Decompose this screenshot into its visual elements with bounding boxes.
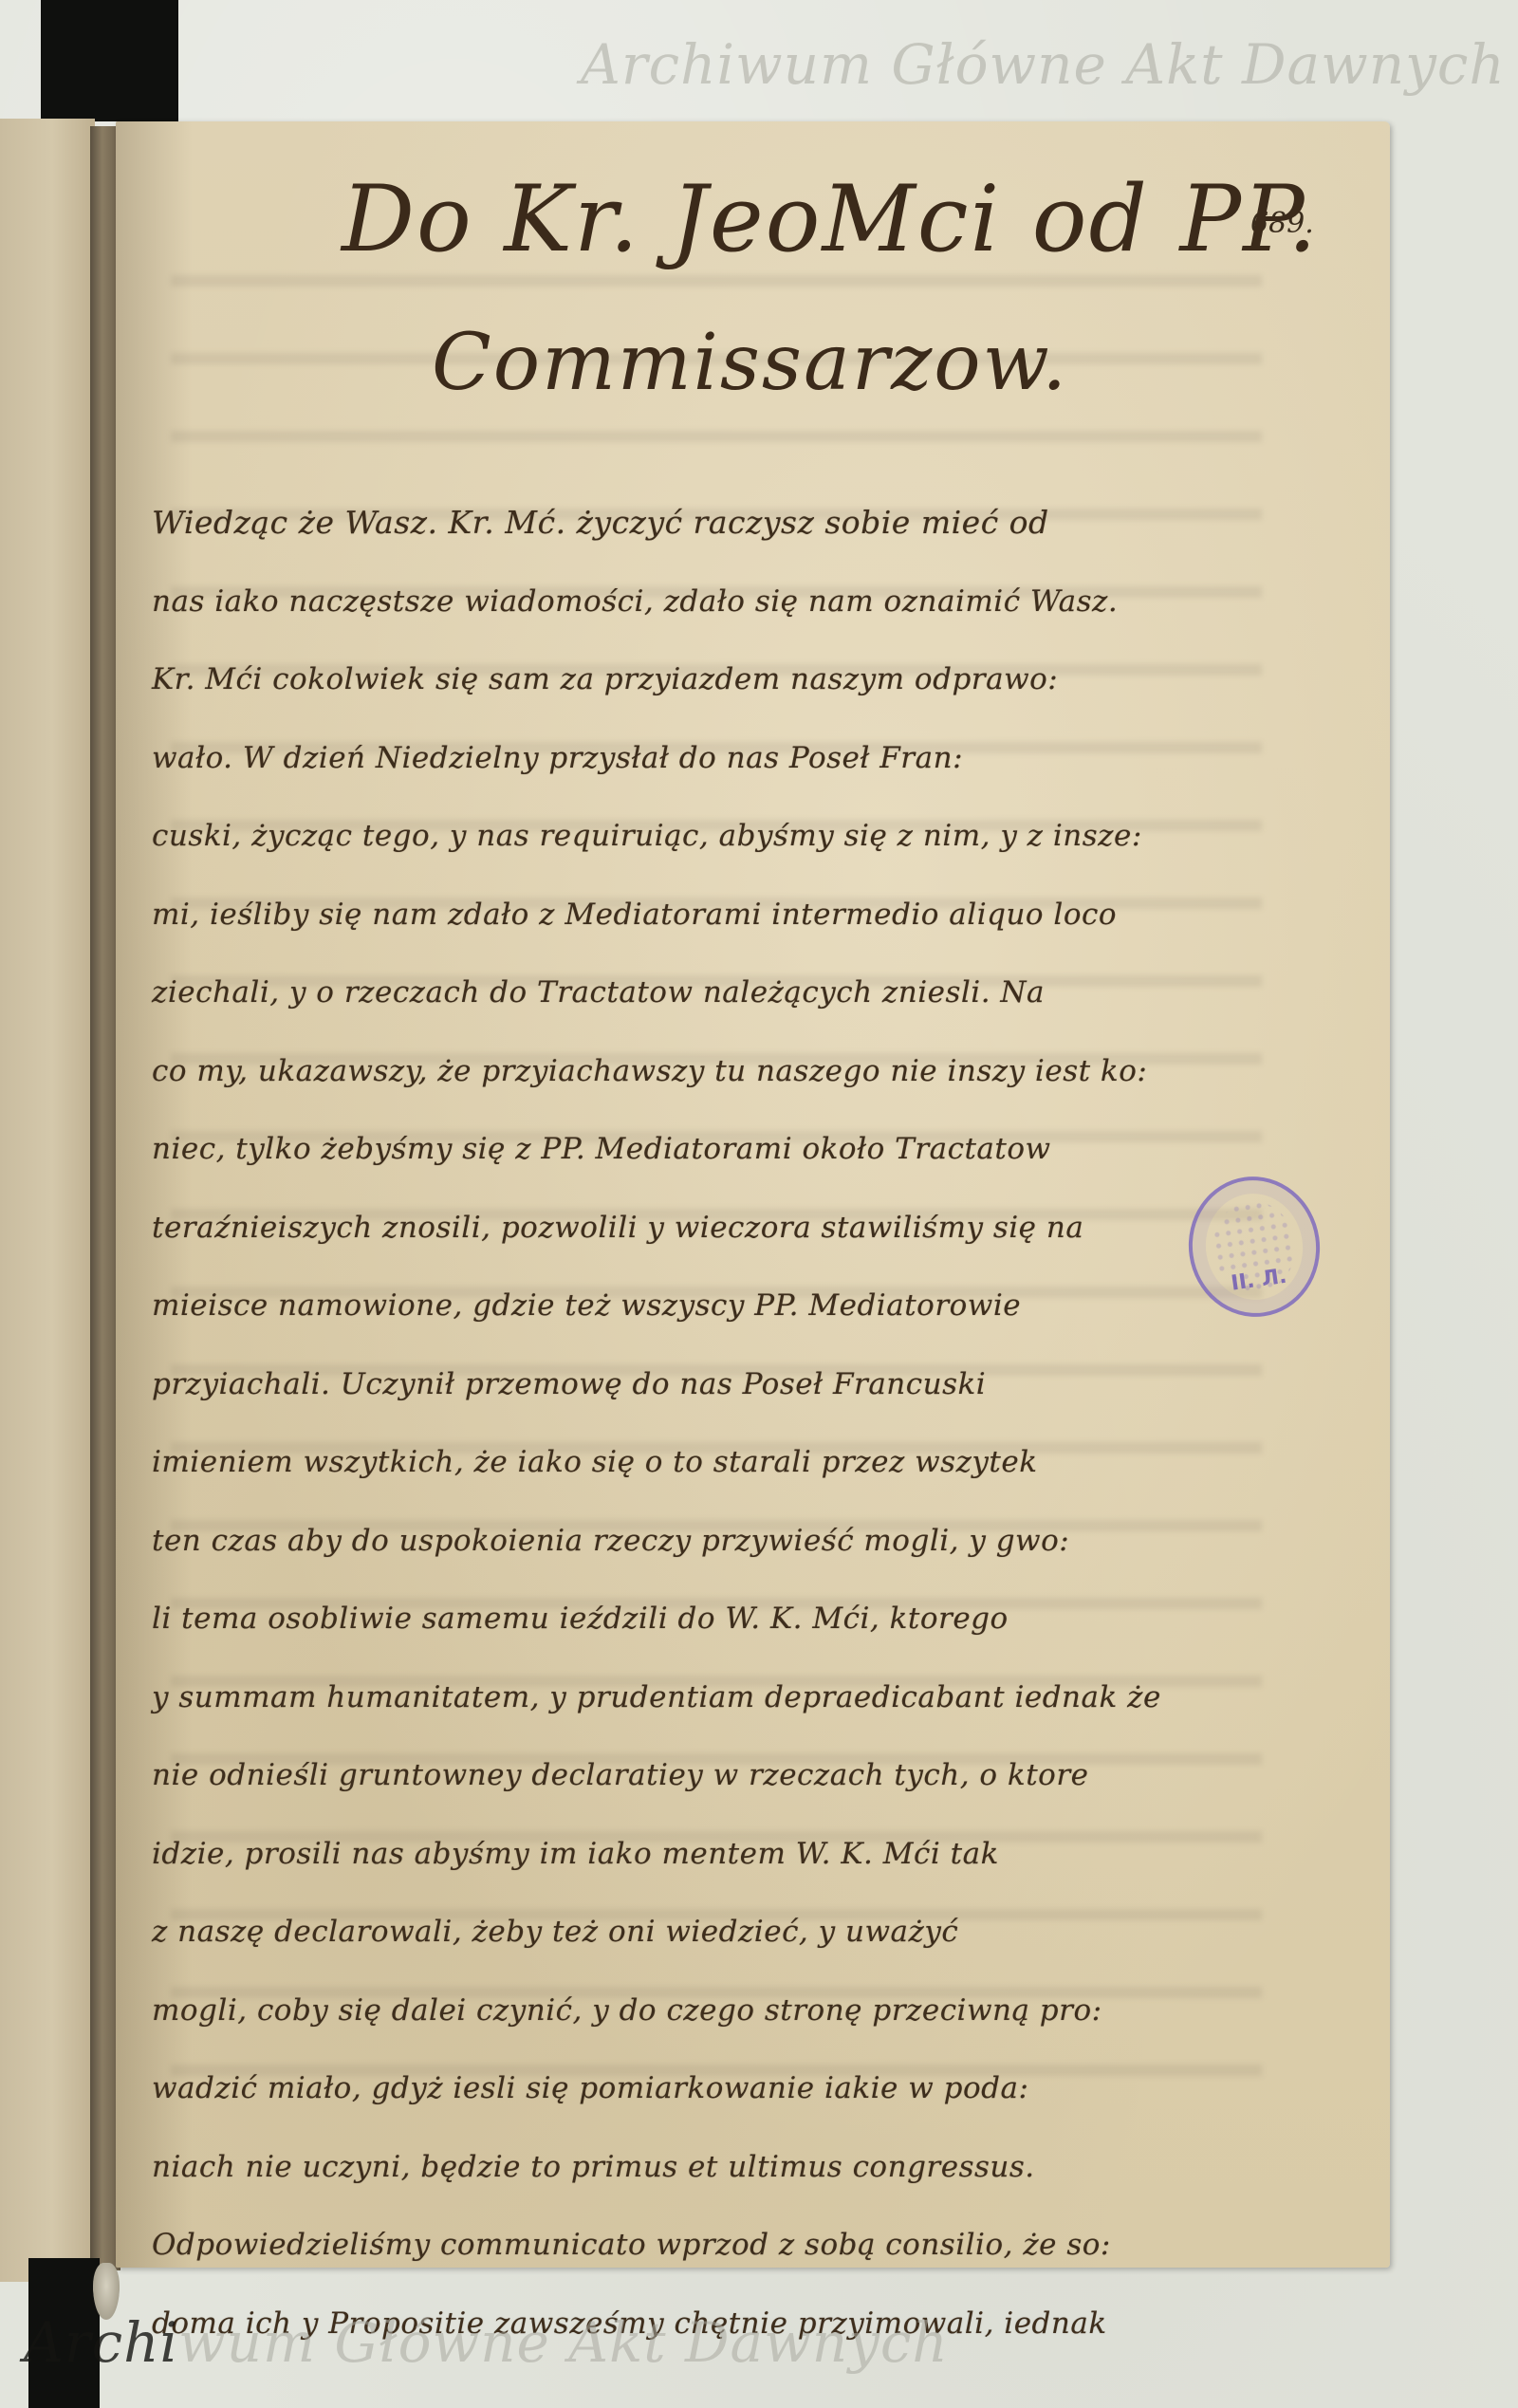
manuscript-line: teraźnieiszych znosili, pozwolili y wiec… xyxy=(152,1189,1271,1268)
manuscript-line: nas iako naczęstsze wiadomości, zdało si… xyxy=(152,563,1271,641)
manuscript-line: co my, ukazawszy, że przyiachawszy tu na… xyxy=(152,1032,1271,1111)
manuscript-line: ziechali, y o rzeczach do Tractatow nale… xyxy=(152,954,1271,1032)
manuscript-line: wadzić miało, gdyż iesli się pomiarkowan… xyxy=(152,2049,1271,2128)
manuscript-line: idzie, prosili nas abyśmy im iako mentem… xyxy=(152,1815,1271,1894)
manuscript-line: niec, tylko żebyśmy się z PP. Mediatoram… xyxy=(152,1110,1271,1189)
manuscript-line: niach nie uczyni, będzie to primus et ul… xyxy=(152,2128,1271,2207)
archive-watermark-bottom: Archiwum Główne Akt Dawnych xyxy=(24,2310,949,2375)
manuscript-line: li tema osobliwie samemu ieździli do W. … xyxy=(152,1580,1271,1658)
manuscript-line: nie odnieśli gruntowney declaratiey w rz… xyxy=(152,1736,1271,1815)
manuscript-line: Wiedząc że Wasz. Kr. Mć. życzyć raczysz … xyxy=(152,484,1271,563)
watermark-light-segment: wum Główne Akt Dawnych xyxy=(178,2310,949,2375)
document-title-line-2: Commissarzow. xyxy=(432,318,1068,408)
manuscript-body: Wiedząc że Wasz. Kr. Mć. życzyć raczysz … xyxy=(152,484,1271,2362)
manuscript-line: mogli, coby się dalei czynić, y do czego… xyxy=(152,1972,1271,2050)
binding-strap-top xyxy=(41,0,178,121)
manuscript-line: cuski, życząc tego, y nas requiruiąc, ab… xyxy=(152,797,1271,876)
manuscript-line: ten czas aby do uspokoienia rzeczy przyw… xyxy=(152,1502,1271,1581)
manuscript-line: przyiachali. Uczynił przemowę do nas Pos… xyxy=(152,1345,1271,1424)
watermark-dark-segment: Archi xyxy=(24,2310,178,2375)
manuscript-line: imieniem wszytkich, że iako się o to sta… xyxy=(152,1423,1271,1502)
manuscript-line: mi, ieśliby się nam zdało z Mediatorami … xyxy=(152,876,1271,954)
manuscript-line: z naszę declarowali, żeby też oni wiedzi… xyxy=(152,1893,1271,1972)
manuscript-line: y summam humanitatem, y prudentiam depra… xyxy=(152,1658,1271,1737)
document-title-line-1: Do Kr. JeoMci od PP. xyxy=(342,166,1319,272)
manuscript-line: Odpowiedzieliśmy communicato wprzod z so… xyxy=(152,2206,1271,2285)
manuscript-line: mieisce namowione, gdzie też wszyscy PP.… xyxy=(152,1267,1271,1345)
archive-watermark-top: Archiwum Główne Akt Dawnych xyxy=(581,32,1506,97)
manuscript-line: Kr. Mći cokolwiek się sam za przyiazdem … xyxy=(152,640,1271,719)
manuscript-line: wało. W dzień Niedzielny przysłał do nas… xyxy=(152,719,1271,798)
left-page-edge xyxy=(0,119,95,2282)
